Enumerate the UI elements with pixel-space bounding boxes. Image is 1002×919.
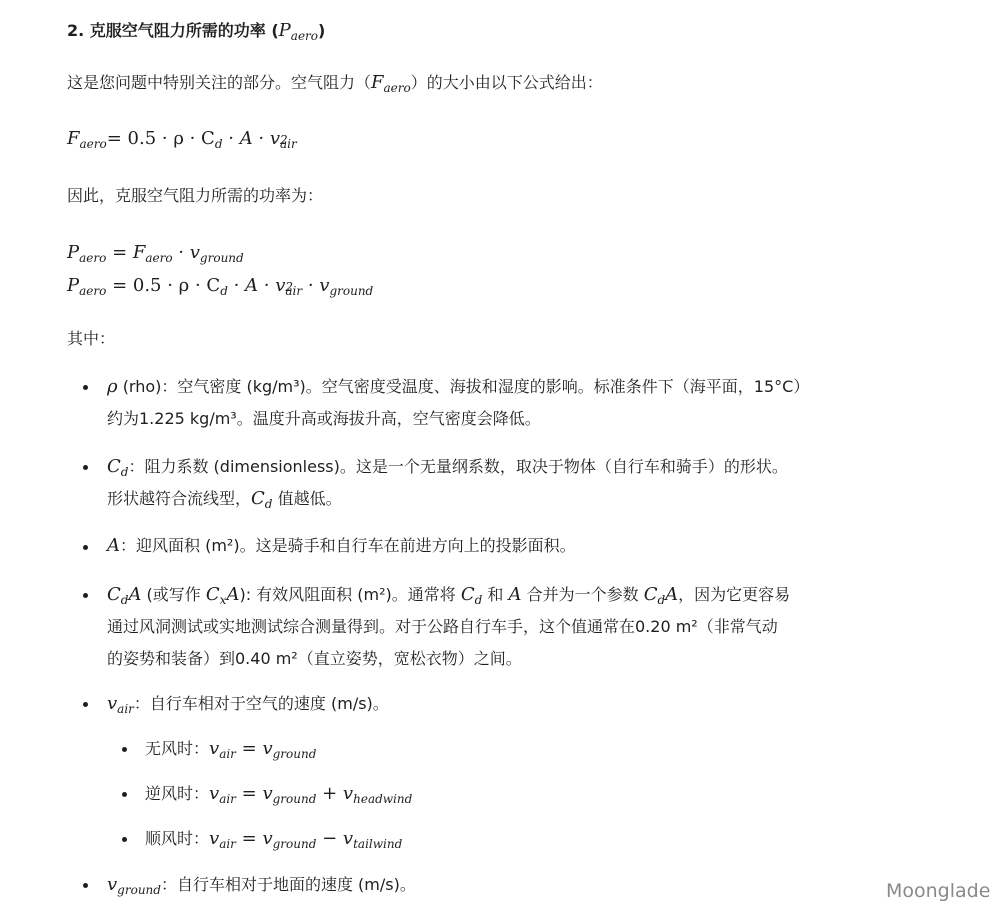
cd-inline-c: C xyxy=(251,488,265,509)
cda-c: C xyxy=(107,584,121,605)
cd-c: C xyxy=(107,456,121,477)
area-line1: A：迎风面积 (m²)。这是骑手和自行车在前进方向上的投影面积。 xyxy=(107,532,576,560)
cda-param-c: C xyxy=(644,584,658,605)
vair-line1: vair：自行车相对于空气的速度 (m/s)。 xyxy=(107,690,389,718)
wh-s3: headwind xyxy=(353,792,412,806)
p1-v: · v xyxy=(173,242,200,263)
area-text: ：迎风面积 (m²)。这是骑手和自行车在前进方向上的投影面积。 xyxy=(120,536,576,555)
vground-line1: vground：自行车相对于地面的速度 (m/s)。 xyxy=(107,871,416,899)
wn-v: v xyxy=(209,738,219,759)
wind-tail-formula: vair = vground − vtailwind xyxy=(209,828,402,849)
wind-head: 逆风时：vair = vground + vheadwind xyxy=(145,780,412,808)
vground-symbol: vground xyxy=(107,874,161,895)
p1-lhs: P xyxy=(67,242,79,263)
bullet-dot xyxy=(122,837,127,842)
heading-text: 2. 克服空气阻力所需的功率 ( xyxy=(67,21,279,40)
wh-s2: ground xyxy=(273,792,317,806)
cda-text1: ): 有效风阻面积 (m²)。通常将 xyxy=(239,585,460,604)
cd-symbol: Cd xyxy=(107,456,128,477)
heading-symbol: P xyxy=(279,20,291,41)
power-formula-line1: Paero = Faero · vground xyxy=(67,239,244,267)
wind-none: 无风时：vair = vground xyxy=(145,735,316,763)
wh-v: v xyxy=(209,783,219,804)
cd-inline-symbol: Cd xyxy=(251,488,272,509)
intro-symbol: F xyxy=(371,72,384,93)
p2-mid: · A · v xyxy=(228,275,286,296)
where-label: 其中： xyxy=(67,325,115,353)
p2-c-sub: d xyxy=(220,284,228,298)
wind-none-formula: vair = vground xyxy=(209,738,316,759)
wind-tail: 顺风时：vair = vground − vtailwind xyxy=(145,825,402,853)
drag-rhs: = 0.5 · ρ · C xyxy=(107,128,215,149)
p2-eq: = 0.5 · ρ · C xyxy=(106,275,220,296)
section-heading: 2. 克服空气阻力所需的功率 (Paero) xyxy=(67,17,325,45)
cda-param-inline: CdA xyxy=(644,584,678,605)
rho-text1: (rho)：空气密度 (kg/m³)。空气密度受温度、海拔和湿度的影响。标准条件… xyxy=(123,377,810,396)
wind-head-label: 逆风时： xyxy=(145,784,209,803)
p1-v-sub: ground xyxy=(200,251,244,265)
bullet-dot xyxy=(83,465,88,470)
intro-text-after: ）的大小由以下公式给出： xyxy=(411,73,603,92)
intro-math: Faero xyxy=(371,72,411,93)
p2-lhs: P xyxy=(67,275,79,296)
watermark: Moonglade xyxy=(886,880,990,902)
drag-cd-sub: d xyxy=(215,137,223,151)
cda-line2: 通过风洞测试或实地测试综合测量得到。对于公路自行车手，这个值通常在0.20 m²… xyxy=(107,613,778,641)
drag-lhs-sub: aero xyxy=(80,137,107,151)
cda-text4: ，因为它更容易 xyxy=(678,585,790,604)
p1-f-sub: aero xyxy=(145,251,172,265)
cxa-c: C xyxy=(206,584,220,605)
cd-line2: 形状越符合流线型，Cd 值越低。 xyxy=(107,485,342,513)
cd-line1: Cd：阻力系数 (dimensionless)。这是一个无量纲系数，取决于物体（… xyxy=(107,453,788,481)
rho-line1: ρ (rho)：空气密度 (kg/m³)。空气密度受温度、海拔和湿度的影响。标准… xyxy=(107,373,809,401)
cda-param-sub: d xyxy=(657,593,665,607)
p2-vg-sub: ground xyxy=(329,284,373,298)
vground-text: ：自行车相对于地面的速度 (m/s)。 xyxy=(161,875,416,894)
heading-close: ) xyxy=(318,21,325,40)
vair-text: ：自行车相对于空气的速度 (m/s)。 xyxy=(134,694,389,713)
cda-symbol: CdA xyxy=(107,584,141,605)
cda-cd-c: C xyxy=(461,584,475,605)
bullet-dot xyxy=(83,593,88,598)
wt-eq: = v xyxy=(236,828,273,849)
bullet-dot xyxy=(122,747,127,752)
cda-line1: CdA (或写作 CxA): 有效风阻面积 (m²)。通常将 Cd 和 A 合并… xyxy=(107,581,790,609)
therefore-text: 因此，克服空气阻力所需的功率为： xyxy=(67,182,323,210)
cda-param-a: A xyxy=(665,584,678,605)
wind-tail-label: 顺风时： xyxy=(145,829,209,848)
p1-eq: = F xyxy=(106,242,145,263)
wt-op: − v xyxy=(316,828,353,849)
area-symbol: A xyxy=(107,535,120,556)
bullet-dot xyxy=(83,385,88,390)
wt-s2: ground xyxy=(273,837,317,851)
cxa-symbol: CxA xyxy=(206,584,240,605)
drag-formula: Faero= 0.5 · ρ · Cd · A · v2air xyxy=(67,125,297,153)
vground-v: v xyxy=(107,874,117,895)
cda-line3: 的姿势和装备）到0.40 m²（直立姿势，宽松衣物）之间。 xyxy=(107,645,522,673)
cda-cd-inline: Cd xyxy=(461,584,482,605)
wh-eq: = v xyxy=(236,783,273,804)
wn-eq: = v xyxy=(236,738,273,759)
heading-subscript: aero xyxy=(291,29,318,43)
drag-rhs-rest: · A · v xyxy=(223,128,281,149)
wt-s3: tailwind xyxy=(353,837,402,851)
cda-text2: 和 xyxy=(482,585,508,604)
bullet-dot xyxy=(83,702,88,707)
bullet-dot xyxy=(83,545,88,550)
rho-line2: 约为1.225 kg/m³。温度升高或海拔升高，空气密度会降低。 xyxy=(107,405,541,433)
wn-s2: ground xyxy=(273,747,317,761)
power-formula-line2: Paero = 0.5 · ρ · Cd · A · v2air · vgrou… xyxy=(67,272,373,300)
vair-sub: air xyxy=(117,702,134,716)
vground-sub: ground xyxy=(117,883,161,897)
wt-v: v xyxy=(209,828,219,849)
p2-dot-v: · v xyxy=(302,275,329,296)
intro-paragraph: 这是您问题中特别关注的部分。空气阻力（Faero）的大小由以下公式给出： xyxy=(67,69,603,97)
cd-text3: 值越低。 xyxy=(272,489,341,508)
bullet-dot xyxy=(83,883,88,888)
wt-s1: air xyxy=(219,837,236,851)
cda-a-inline: A xyxy=(509,584,522,605)
p1-lhs-sub: aero xyxy=(79,251,106,265)
heading-math: Paero xyxy=(279,20,318,41)
rho-symbol: ρ xyxy=(107,376,118,397)
wh-s1: air xyxy=(219,792,236,806)
wind-head-formula: vair = vground + vheadwind xyxy=(209,783,412,804)
cd-text1: ：阻力系数 (dimensionless)。这是一个无量纲系数，取决于物体（自行… xyxy=(128,457,787,476)
vair-symbol: vair xyxy=(107,693,134,714)
p2-lhs-sub: aero xyxy=(79,284,106,298)
intro-subscript: aero xyxy=(384,81,411,95)
intro-text-before: 这是您问题中特别关注的部分。空气阻力（ xyxy=(67,73,371,92)
cda-a: A xyxy=(128,584,141,605)
wind-none-label: 无风时： xyxy=(145,739,209,758)
drag-lhs: F xyxy=(67,128,80,149)
vair-v: v xyxy=(107,693,117,714)
cd-text2: 形状越符合流线型， xyxy=(107,489,251,508)
bullet-dot xyxy=(122,792,127,797)
cda-alt-open: (或写作 xyxy=(141,585,205,604)
cxa-a: A xyxy=(226,584,239,605)
wh-op: + v xyxy=(316,783,353,804)
cda-text3: 合并为一个参数 xyxy=(522,585,644,604)
wn-s1: air xyxy=(219,747,236,761)
